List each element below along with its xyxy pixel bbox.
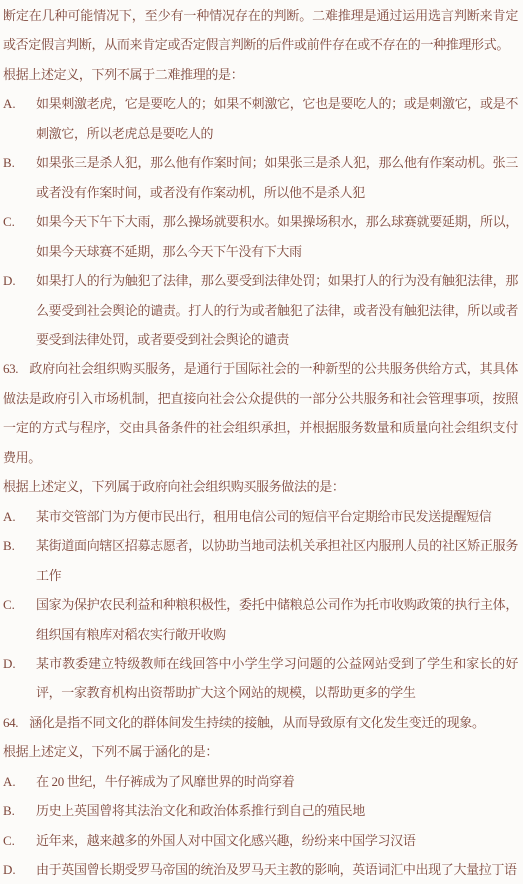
question-64-option-b: B. 历史上英国曾将其法治文化和政治体系推行到自己的殖民地 — [3, 796, 518, 825]
option-text: 如果打人的行为触犯了法律，那么要受到法律处罚；如果打人的行为没有触犯法律，那么要… — [36, 273, 518, 347]
question-text: 政府向社会组织购买服务，是通行于国际社会的一种新型的公共服务供给方式，其具体做法… — [3, 361, 518, 464]
question-63-option-c: C. 国家为保护农民利益和种粮积极性，委托中储粮总公司作为托市收购政策的执行主体… — [3, 590, 518, 649]
question-top-prompt: 根据上述定义，下列不属于二难推理的是： — [3, 60, 518, 89]
option-label: A. — [3, 502, 16, 531]
question-top-option-a: A. 如果刺激老虎，它是要吃人的；如果不刺激它，它也是要吃人的；或是刺激它，或是… — [3, 89, 518, 148]
option-label: C. — [3, 590, 15, 619]
question-top-option-c: C. 如果今天下午下大雨，那么操场就要积水。如果操场积水，那么球赛就要延期，所以… — [3, 207, 518, 266]
option-text: 某市交管部门为方便市民出行，租用电信公司的短信平台定期给市民发送提醒短信 — [36, 509, 491, 524]
question-text: 涵化是指不同文化的群体间发生持续的接触，从而导致原有文化发生变迁的现象。 — [29, 715, 484, 730]
question-64-option-a: A. 在 20 世纪，牛仔裤成为了风靡世界的时尚穿着 — [3, 767, 518, 796]
option-label: A. — [3, 89, 16, 118]
option-label: B. — [3, 531, 15, 560]
option-text: 如果刺激老虎，它是要吃人的；如果不刺激它，它也是要吃人的；或是刺激它，或是不刺激… — [36, 96, 518, 140]
option-text: 如果今天下午下大雨，那么操场就要积水。如果操场积水，那么球赛就要延期，所以，如果… — [36, 214, 518, 258]
question-63-option-b: B. 某街道面向辖区招募志愿者，以协助当地司法机关承担社区内服刑人员的社区矫正服… — [3, 531, 518, 590]
option-label: C. — [3, 207, 15, 236]
option-text: 在 20 世纪，牛仔裤成为了风靡世界的时尚穿着 — [36, 774, 294, 789]
option-label: D. — [3, 855, 16, 884]
question-top-option-d: D. 如果打人的行为触犯了法律，那么要受到法律处罚；如果打人的行为没有触犯法律，… — [3, 266, 518, 354]
question-top-stem-continuation: 断定在几种可能情况下，至少有一种情况存在的判断。二难推理是通过运用选言判断来肯定… — [3, 1, 518, 60]
option-text: 某街道面向辖区招募志愿者，以协助当地司法机关承担社区内服刑人员的社区矫正服务工作 — [36, 538, 518, 582]
option-text: 国家为保护农民利益和种粮积极性，委托中储粮总公司作为托市收购政策的执行主体，组织… — [36, 597, 518, 641]
option-text: 如果张三是杀人犯，那么他有作案时间；如果张三是杀人犯，那么他有作案动机。张三或者… — [36, 155, 518, 199]
option-label: B. — [3, 796, 15, 825]
question-64-prompt: 根据上述定义，下列不属于涵化的是： — [3, 737, 518, 766]
question-top-option-b: B. 如果张三是杀人犯，那么他有作案时间；如果张三是杀人犯，那么他有作案动机。张… — [3, 148, 518, 207]
question-63-option-d: D. 某市教委建立特级教师在线回答中小学生学习问题的公益网站受到了学生和家长的好… — [3, 649, 518, 708]
option-text: 某市教委建立特级教师在线回答中小学生学习问题的公益网站受到了学生和家长的好评，一… — [36, 656, 518, 700]
option-label: A. — [3, 767, 16, 796]
option-text: 由于英国曾长期受罗马帝国的统治及罗马天主教的影响，英语词汇中出现了大量拉丁语 — [36, 862, 517, 877]
option-text: 历史上英国曾将其法治文化和政治体系推行到自己的殖民地 — [36, 803, 365, 818]
question-63-stem: 63.政府向社会组织购买服务，是通行于国际社会的一种新型的公共服务供给方式，其具… — [3, 354, 518, 472]
question-number: 64. — [3, 715, 18, 730]
option-label: C. — [3, 826, 15, 855]
question-63-prompt: 根据上述定义，下列属于政府向社会组织购买服务做法的是： — [3, 472, 518, 501]
option-text: 近年来，越来越多的外国人对中国文化感兴趣，纷纷来中国学习汉语 — [36, 833, 416, 848]
option-label: D. — [3, 266, 16, 295]
question-63-option-a: A. 某市交管部门为方便市民出行，租用电信公司的短信平台定期给市民发送提醒短信 — [3, 502, 518, 531]
exam-paper-page: 断定在几种可能情况下，至少有一种情况存在的判断。二难推理是通过运用选言判断来肯定… — [0, 0, 523, 884]
question-64-stem: 64.涵化是指不同文化的群体间发生持续的接触，从而导致原有文化发生变迁的现象。 — [3, 708, 518, 737]
question-64-option-c: C. 近年来，越来越多的外国人对中国文化感兴趣，纷纷来中国学习汉语 — [3, 826, 518, 855]
option-label: B. — [3, 148, 15, 177]
question-number: 63. — [3, 361, 18, 376]
question-64-option-d: D. 由于英国曾长期受罗马帝国的统治及罗马天主教的影响，英语词汇中出现了大量拉丁… — [3, 855, 518, 884]
option-label: D. — [3, 649, 16, 678]
